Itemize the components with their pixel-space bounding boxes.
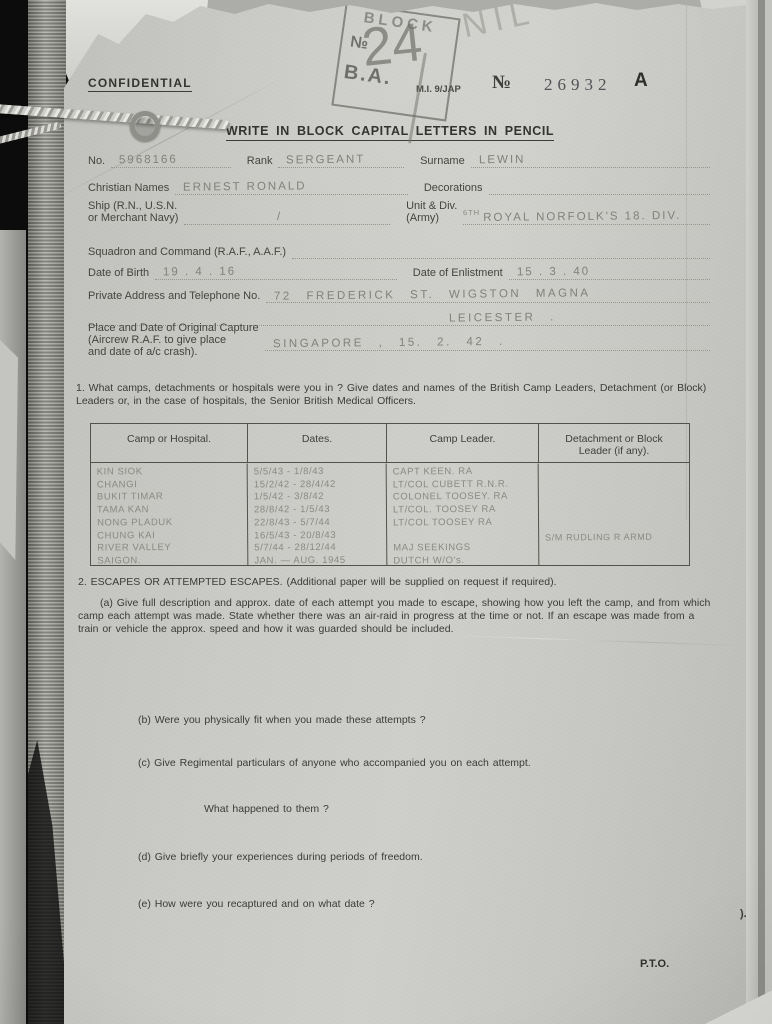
- ship-field: /: [184, 207, 390, 225]
- service-no-label: No.: [88, 155, 105, 168]
- ship-value: /: [277, 211, 282, 223]
- handwritten-block-number: 24: [359, 11, 425, 79]
- camps-table-header-row: Camp or Hospital. Dates. Camp Leader. De…: [91, 424, 689, 463]
- ship-label: Ship (R.N., U.S.N. or Merchant Navy): [88, 200, 178, 225]
- section-2-heading: 2. ESCAPES OR ATTEMPTED ESCAPES. (Additi…: [78, 576, 712, 589]
- christian-names-field: ERNEST RONALD: [175, 177, 408, 195]
- under-page-text-fragment: ).: [740, 908, 747, 920]
- numero-sign: №: [492, 72, 511, 94]
- service-no-field: 5968166: [111, 150, 231, 168]
- date-of-enlistment-label: Date of Enlistment: [413, 267, 503, 280]
- row-ship-unit: Ship (R.N., U.S.N. or Merchant Navy) / U…: [88, 200, 710, 225]
- detachment-leader-cell: S/M RUDLING R ARMD: [538, 462, 690, 565]
- question-1-text: 1. What camps, detachments or hospitals …: [76, 382, 712, 408]
- camps-table-body-row: KIN SIOK CHANGI BUKIT TIMAR TAMA KAN NON…: [91, 463, 689, 565]
- camp-leaders-cell: CAPT KEEN. RA LT/COL CUBETT R.N.R. COLON…: [386, 462, 539, 565]
- date-of-birth-field: 19 . 4 . 16: [155, 262, 397, 280]
- header-dates: Dates.: [247, 424, 386, 463]
- camps-table: Camp or Hospital. Dates. Camp Leader. De…: [90, 423, 690, 566]
- address-label: Private Address and Telephone No.: [88, 290, 260, 303]
- unit-div-label: Unit & Div. (Army): [406, 200, 457, 225]
- row-names-decorations: Christian Names ERNEST RONALD Decoration…: [88, 177, 710, 195]
- pto-label: P.T.O.: [640, 958, 669, 970]
- unit-value: ROYAL NORFOLK'S 18. DIV.: [483, 210, 681, 224]
- address-field: 72 FREDERICK ST. WIGSTON MAGNA: [266, 285, 710, 303]
- section-2-item-b: (b) Were you physically fit when you mad…: [138, 714, 426, 727]
- header-camp-leader: Camp Leader.: [386, 424, 538, 463]
- squadron-field: [292, 241, 710, 259]
- series-letter: A: [634, 70, 648, 92]
- section-2-item-a: (a) Give full description and approx. da…: [78, 597, 712, 636]
- date-of-enlistment-value: 15 . 3 . 40: [517, 266, 590, 279]
- rank-value: SERGEANT: [286, 154, 365, 167]
- surname-label: Surname: [420, 155, 465, 168]
- row-squadron: Squadron and Command (R.A.F., A.A.F.): [88, 241, 710, 259]
- punch-hole-eyelet: [130, 111, 160, 141]
- right-page-stack-shadow: [758, 0, 765, 1024]
- row-no-rank-surname: No. 5968166 Rank SERGEANT Surname LEWIN: [88, 150, 710, 168]
- section-2-item-e: (e) How were you recaptured and on what …: [138, 898, 375, 911]
- row-capture: Place and Date of Original Capture (Airc…: [88, 322, 710, 359]
- surname-field: LEWIN: [471, 150, 710, 168]
- camp-names-cell: KIN SIOK CHANGI BUKIT TIMAR TAMA KAN NON…: [91, 462, 248, 565]
- squadron-label: Squadron and Command (R.A.F., A.A.F.): [88, 246, 286, 259]
- decorations-label: Decorations: [424, 182, 483, 195]
- photographed-pow-questionnaire: CONFIDENTIAL BLOCK № B.A. 24 NIL M.I. 9/…: [0, 0, 772, 1024]
- capture-field: SINGAPORE , 15. 2. 42 .: [265, 333, 710, 351]
- unit-prefix: 6TH: [463, 208, 480, 217]
- capture-label: Place and Date of Original Capture (Airc…: [88, 322, 259, 359]
- address-value-line1: 72 FREDERICK ST. WIGSTON MAGNA: [274, 287, 591, 302]
- section-2-item-c: (c) Give Regimental particulars of anyon…: [138, 757, 531, 770]
- christian-names-value: ERNEST RONALD: [183, 180, 307, 193]
- header-detachment-leader: Detachment or Block Leader (if any).: [538, 424, 689, 463]
- left-page-edge-highlight: [0, 340, 18, 560]
- christian-names-label: Christian Names: [88, 182, 169, 195]
- right-page-stack-edge: [746, 0, 758, 1024]
- header-camp-or-hospital: Camp or Hospital.: [91, 424, 247, 463]
- surname-value: LEWIN: [479, 154, 526, 166]
- row-dates: Date of Birth 19 . 4 . 16 Date of Enlist…: [88, 262, 710, 280]
- date-of-birth-value: 19 . 4 . 16: [163, 266, 236, 279]
- section-2-item-c-followup: What happened to them ?: [204, 803, 329, 816]
- date-of-birth-label: Date of Birth: [88, 267, 149, 280]
- decorations-field: [489, 177, 710, 195]
- instruction-title-text: WRITE IN BLOCK CAPITAL LETTERS IN PENCIL: [226, 124, 554, 141]
- capture-value: SINGAPORE , 15. 2. 42 .: [273, 336, 505, 350]
- paper-crease: [444, 635, 744, 646]
- right-page-stack-edge2: [765, 0, 772, 1024]
- rank-label: Rank: [247, 155, 273, 168]
- row-address: Private Address and Telephone No. 72 FRE…: [88, 285, 710, 303]
- section-2-item-d: (d) Give briefly your experiences during…: [138, 851, 423, 864]
- serial-number: 26932: [544, 75, 612, 95]
- questionnaire-page: CONFIDENTIAL BLOCK № B.A. 24 NIL M.I. 9/…: [64, 0, 746, 1024]
- rank-field: SERGEANT: [278, 150, 404, 168]
- classification-label: CONFIDENTIAL: [88, 76, 192, 92]
- service-no-value: 5968166: [119, 154, 178, 167]
- date-of-enlistment-field: 15 . 3 . 40: [509, 262, 710, 280]
- camp-dates-cell: 5/5/43 - 1/8/43 15/2/42 - 28/4/42 1/5/42…: [247, 463, 387, 566]
- unit-div-field: 6THROYAL NORFOLK'S 18. DIV.: [463, 207, 710, 225]
